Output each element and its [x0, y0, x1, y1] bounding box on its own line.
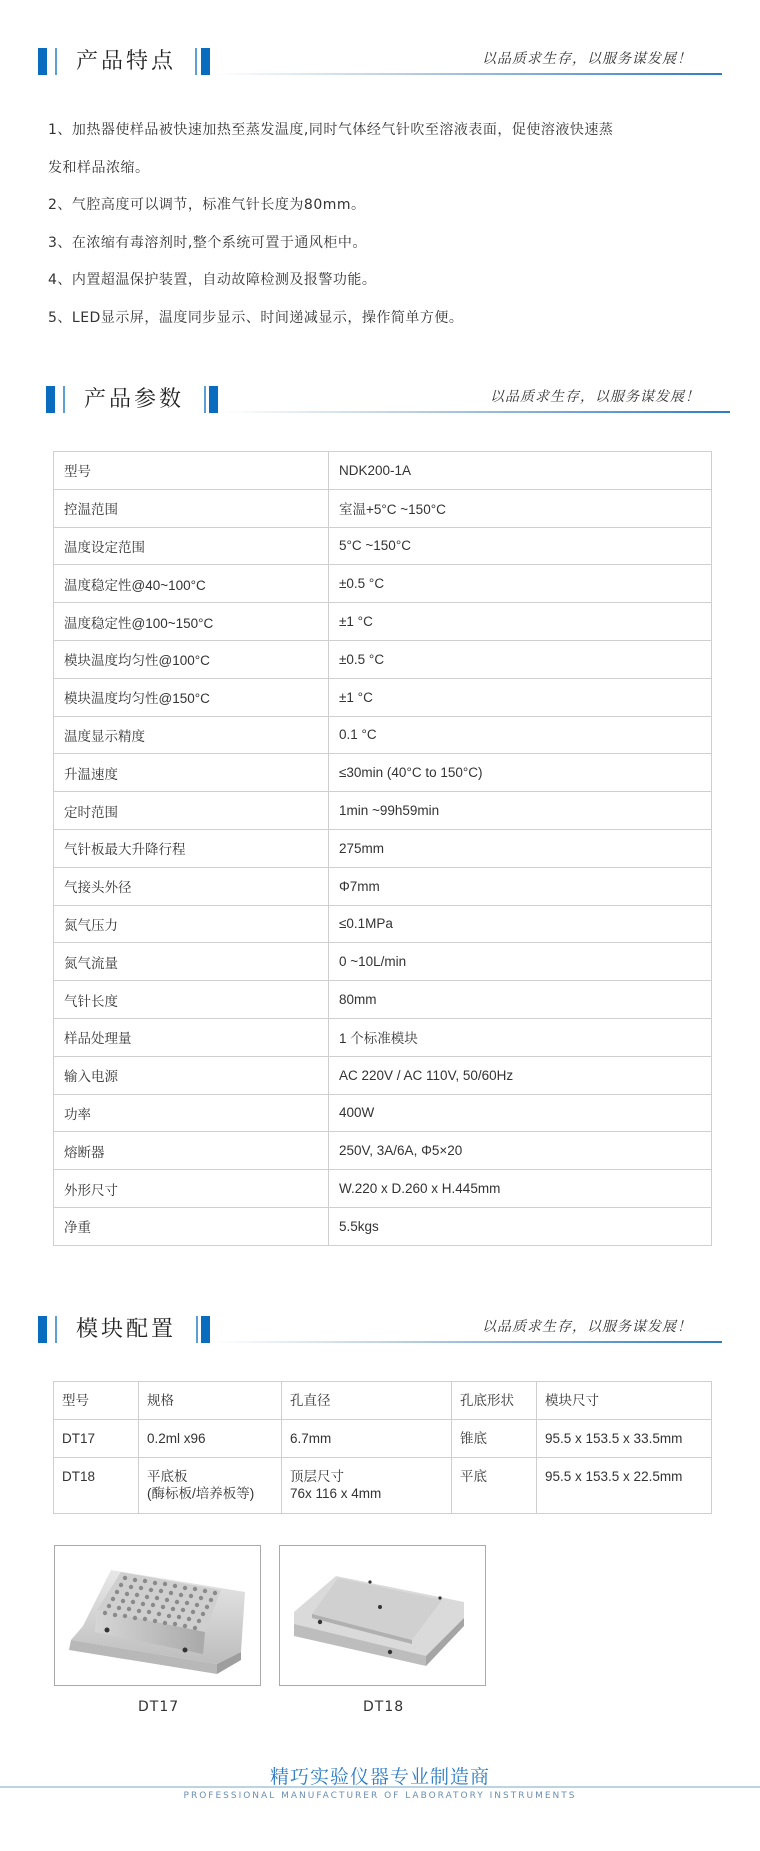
slogan: 以品质求生存，以服务谋发展！	[482, 1316, 692, 1336]
spec-key: 气针板最大升降行程	[54, 829, 329, 867]
spec-value: NDK200-1A	[329, 452, 712, 490]
section-title: 产品参数	[84, 382, 184, 413]
spec-value: W.220 x D.260 x H.445mm	[329, 1170, 712, 1208]
table-row: 升温速度≤30min (40°C to 150°C)	[54, 754, 712, 792]
slogan: 以品质求生存，以服务谋发展！	[482, 48, 692, 68]
table-row: 熔断器250V, 3A/6A, Φ5×20	[54, 1132, 712, 1170]
table-row: 型号NDK200-1A	[54, 452, 712, 490]
cell-spec: 0.2ml x96	[139, 1420, 282, 1458]
feature-item: 3、在浓缩有毒溶剂时,整个系统可置于通风柜中。	[48, 225, 718, 263]
cell-hole: 顶层尺寸 76x 116 x 4mm	[282, 1458, 452, 1514]
feature-item: 4、内置超温保护装置，自动故障检测及报警功能。	[48, 262, 718, 300]
flat-plate-block-icon	[280, 1546, 486, 1686]
spec-value: ±1 °C	[329, 678, 712, 716]
table-row: 气针板最大升降行程275mm	[54, 829, 712, 867]
spec-value: 室温+5°C ~150°C	[329, 489, 712, 527]
feature-item: 1、加热器使样品被快速加热至蒸发温度,同时气体经气针吹至溶液表面，促使溶液快速蒸	[48, 112, 718, 150]
col-header: 型号	[54, 1382, 139, 1420]
cell-size: 95.5 x 153.5 x 22.5mm	[537, 1458, 712, 1514]
table-row: 定时范围1min ~99h59min	[54, 792, 712, 830]
header-underline	[222, 411, 730, 413]
table-row: 温度显示精度0.1 °C	[54, 716, 712, 754]
spec-value: ±0.5 °C	[329, 640, 712, 678]
table-row: 气接头外径Φ7mm	[54, 867, 712, 905]
table-row: 输入电源AC 220V / AC 110V, 50/60Hz	[54, 1056, 712, 1094]
cell-size: 95.5 x 153.5 x 33.5mm	[537, 1420, 712, 1458]
spec-key: 模块温度均匀性@150°C	[54, 678, 329, 716]
footer-tagline-en: PROFESSIONAL MANUFACTURER OF LABORATORY …	[0, 1791, 760, 1801]
table-row: 模块温度均匀性@150°C±1 °C	[54, 678, 712, 716]
header-bar-left	[38, 48, 47, 75]
table-row: 样品处理量1 个标准模块	[54, 1018, 712, 1056]
spec-value: 5°C ~150°C	[329, 527, 712, 565]
spec-key: 升温速度	[54, 754, 329, 792]
spec-value: 250V, 3A/6A, Φ5×20	[329, 1132, 712, 1170]
slogan: 以品质求生存，以服务谋发展！	[490, 386, 700, 406]
spec-value: 0.1 °C	[329, 716, 712, 754]
col-header: 模块尺寸	[537, 1382, 712, 1420]
spec-key: 温度稳定性@100~150°C	[54, 603, 329, 641]
spec-value: 1min ~99h59min	[329, 792, 712, 830]
feature-list: 1、加热器使样品被快速加热至蒸发温度,同时气体经气针吹至溶液表面，促使溶液快速蒸…	[48, 112, 718, 337]
spec-key: 外形尺寸	[54, 1170, 329, 1208]
table-header-row: 型号 规格 孔直径 孔底形状 模块尺寸	[54, 1382, 712, 1420]
dt17-caption: DT17	[138, 1699, 179, 1715]
spec-table: 型号NDK200-1A 控温范围室温+5°C ~150°C 温度设定范围5°C …	[53, 451, 712, 1246]
spec-value: 80mm	[329, 981, 712, 1019]
table-row: 氮气压力≤0.1MPa	[54, 905, 712, 943]
cell-bottom: 锥底	[452, 1420, 537, 1458]
col-header: 孔直径	[282, 1382, 452, 1420]
cell-spec: 平底板 (酶标板/培养板等)	[139, 1458, 282, 1514]
header-bar-right-thin	[196, 1316, 198, 1343]
cell-model: DT17	[54, 1420, 139, 1458]
hole-line: 顶层尺寸	[290, 1468, 443, 1485]
spec-value: 5.5kgs	[329, 1207, 712, 1245]
section-header-specs: 产品参数 以品质求生存，以服务谋发展！	[0, 378, 760, 418]
table-row: 温度设定范围5°C ~150°C	[54, 527, 712, 565]
cell-hole: 6.7mm	[282, 1420, 452, 1458]
spec-key: 功率	[54, 1094, 329, 1132]
dt17-image	[54, 1545, 261, 1686]
hole-line: 76x 116 x 4mm	[290, 1485, 443, 1502]
feature-item: 2、气腔高度可以调节，标准气针长度为80mm。	[48, 187, 718, 225]
spec-key: 氮气压力	[54, 905, 329, 943]
spec-line: 平底板	[147, 1468, 273, 1485]
header-bar-right-thin	[195, 48, 197, 75]
table-row: 外形尺寸W.220 x D.260 x H.445mm	[54, 1170, 712, 1208]
spec-key: 温度设定范围	[54, 527, 329, 565]
header-bar-left	[46, 386, 55, 413]
spec-value: AC 220V / AC 110V, 50/60Hz	[329, 1056, 712, 1094]
table-row: 温度稳定性@40~100°C±0.5 °C	[54, 565, 712, 603]
spec-value: Φ7mm	[329, 867, 712, 905]
table-row: 功率400W	[54, 1094, 712, 1132]
cell-model: DT18	[54, 1458, 139, 1514]
spec-key: 样品处理量	[54, 1018, 329, 1056]
header-bar-right	[201, 48, 210, 75]
dt18-caption: DT18	[363, 1699, 404, 1715]
spec-key: 净重	[54, 1207, 329, 1245]
table-row: 控温范围室温+5°C ~150°C	[54, 489, 712, 527]
spec-key: 输入电源	[54, 1056, 329, 1094]
96-well-block-icon	[55, 1546, 261, 1686]
spec-key: 气针长度	[54, 981, 329, 1019]
table-row: DT17 0.2ml x96 6.7mm 锥底 95.5 x 153.5 x 3…	[54, 1420, 712, 1458]
spec-value: ±0.5 °C	[329, 565, 712, 603]
table-row: 模块温度均匀性@100°C±0.5 °C	[54, 640, 712, 678]
cell-bottom: 平底	[452, 1458, 537, 1514]
table-row: 净重5.5kgs	[54, 1207, 712, 1245]
spec-key: 温度稳定性@40~100°C	[54, 565, 329, 603]
dt18-image	[279, 1545, 486, 1686]
spec-value: 400W	[329, 1094, 712, 1132]
section-title: 产品特点	[76, 44, 176, 75]
header-underline	[212, 1341, 722, 1343]
spec-value: ≤0.1MPa	[329, 905, 712, 943]
header-bar-left-thin	[55, 1316, 57, 1343]
section-title: 模块配置	[76, 1312, 176, 1343]
spec-value: ≤30min (40°C to 150°C)	[329, 754, 712, 792]
spec-key: 定时范围	[54, 792, 329, 830]
spec-value: 275mm	[329, 829, 712, 867]
header-bar-left	[38, 1316, 47, 1343]
header-bar-left-thin	[63, 386, 65, 413]
spec-key: 温度显示精度	[54, 716, 329, 754]
header-bar-right-thin	[204, 386, 206, 413]
spec-key: 气接头外径	[54, 867, 329, 905]
spec-line: (酶标板/培养板等)	[147, 1485, 273, 1502]
spec-key: 模块温度均匀性@100°C	[54, 640, 329, 678]
module-table: 型号 规格 孔直径 孔底形状 模块尺寸 DT17 0.2ml x96 6.7mm…	[53, 1381, 712, 1514]
table-row: 气针长度80mm	[54, 981, 712, 1019]
section-header-features: 产品特点 以品质求生存，以服务谋发展！	[0, 40, 760, 80]
spec-value: 1 个标准模块	[329, 1018, 712, 1056]
col-header: 规格	[139, 1382, 282, 1420]
table-row: 温度稳定性@100~150°C±1 °C	[54, 603, 712, 641]
footer-tagline-cn: 精巧实验仪器专业制造商	[0, 1762, 760, 1789]
feature-item: 发和样品浓缩。	[48, 150, 718, 188]
spec-value: ±1 °C	[329, 603, 712, 641]
section-header-modules: 模块配置 以品质求生存，以服务谋发展！	[0, 1308, 760, 1348]
spec-value: 0 ~10L/min	[329, 943, 712, 981]
header-bar-left-thin	[55, 48, 57, 75]
spec-key: 氮气流量	[54, 943, 329, 981]
spec-key: 控温范围	[54, 489, 329, 527]
feature-item: 5、LED显示屏，温度同步显示、时间递减显示，操作简单方便。	[48, 300, 718, 338]
spec-key: 熔断器	[54, 1132, 329, 1170]
footer-divider	[0, 1786, 760, 1788]
header-bar-right	[209, 386, 218, 413]
header-bar-right	[201, 1316, 210, 1343]
table-row: 氮气流量0 ~10L/min	[54, 943, 712, 981]
spec-key: 型号	[54, 452, 329, 490]
header-underline	[212, 73, 722, 75]
table-row: DT18 平底板 (酶标板/培养板等) 顶层尺寸 76x 116 x 4mm 平…	[54, 1458, 712, 1514]
col-header: 孔底形状	[452, 1382, 537, 1420]
